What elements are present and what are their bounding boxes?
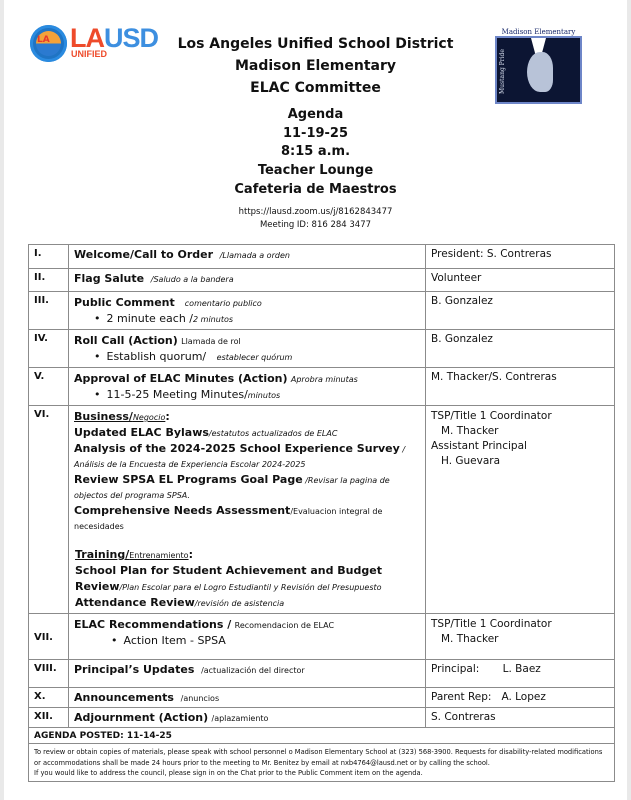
committee-name: ELAC Committee <box>4 77 627 99</box>
item-number: VIII. <box>29 660 69 688</box>
bullet-item: 2 minute each /2 minutos <box>74 311 420 327</box>
item-topic: Public Comment comentario publico 2 minu… <box>69 292 426 330</box>
agenda-title: Agenda <box>4 106 627 125</box>
notice-row: To review or obtain copies of materials,… <box>29 744 615 782</box>
item-topic: ELAC Recommendations / Recomendacion de … <box>69 614 426 660</box>
table-row: III. Public Comment comentario publico 2… <box>29 292 615 330</box>
item-presenter: Parent Rep: A. Lopez <box>426 688 615 708</box>
item-number: II. <box>29 269 69 292</box>
item-number: III. <box>29 292 69 330</box>
table-row: VII. ELAC Recommendations / Recomendacio… <box>29 614 615 660</box>
district-name: Los Angeles Unified School District <box>4 33 627 55</box>
item-presenter: Principal: L. Baez <box>426 660 615 688</box>
item-topic: Principal’s Updates /actualización del d… <box>69 660 426 688</box>
item-topic: Adjournment (Action) /aplazamiento <box>69 708 426 728</box>
item-number: V. <box>29 368 69 406</box>
item-number: VII. <box>29 614 69 660</box>
zoom-link[interactable]: https://lausd.zoom.us/j/8162843477 <box>4 206 627 219</box>
item-number: IV. <box>29 330 69 368</box>
meeting-info: Agenda 11-19-25 8:15 a.m. Teacher Lounge… <box>4 106 627 200</box>
table-row: VI. Business/Negocio: Updated ELAC Bylaw… <box>29 406 615 614</box>
document-header: Los Angeles Unified School District Madi… <box>4 33 627 99</box>
meeting-location: Teacher Lounge <box>4 162 627 181</box>
zoom-info: https://lausd.zoom.us/j/8162843477 Meeti… <box>4 206 627 232</box>
table-row: II. Flag Salute /Saludo a la bandera Vol… <box>29 269 615 292</box>
item-presenter: B. Gonzalez <box>426 292 615 330</box>
notice-text: To review or obtain copies of materials,… <box>29 744 615 782</box>
agenda-posted-row: AGENDA POSTED: 11-14-25 <box>29 728 615 744</box>
item-topic: Roll Call (Action) Llamada de rol Establ… <box>69 330 426 368</box>
bullet-item: Establish quorum/ establecer quórum <box>74 349 420 365</box>
meeting-location-es: Cafeteria de Maestros <box>4 181 627 200</box>
item-presenter: Volunteer <box>426 269 615 292</box>
table-row: I. Welcome/Call to Order /Llamada a orde… <box>29 245 615 269</box>
item-number: X. <box>29 688 69 708</box>
table-row: V. Approval of ELAC Minutes (Action) Apr… <box>29 368 615 406</box>
table-row: IV. Roll Call (Action) Llamada de rol Es… <box>29 330 615 368</box>
item-presenter: M. Thacker/S. Contreras <box>426 368 615 406</box>
item-topic: Announcements /anuncios <box>69 688 426 708</box>
bullet-item: 11-5-25 Meeting Minutes/minutos <box>74 387 420 403</box>
item-number: XII. <box>29 708 69 728</box>
item-presenter: President: S. Contreras <box>426 245 615 269</box>
meeting-id: Meeting ID: 816 284 3477 <box>4 219 627 232</box>
meeting-time: 8:15 a.m. <box>4 143 627 162</box>
school-name: Madison Elementary <box>4 55 627 77</box>
item-presenter: TSP/Title 1 Coordinator M. Thacker <box>426 614 615 660</box>
agenda-page: LA LAUSD UNIFIED Madison Elementary Must… <box>4 0 627 800</box>
item-number: VI. <box>29 406 69 614</box>
agenda-table: I. Welcome/Call to Order /Llamada a orde… <box>28 244 615 782</box>
table-row: X. Announcements /anuncios Parent Rep: A… <box>29 688 615 708</box>
item-presenter: S. Contreras <box>426 708 615 728</box>
table-row: XII. Adjournment (Action) /aplazamiento … <box>29 708 615 728</box>
agenda-posted: AGENDA POSTED: 11-14-25 <box>29 728 615 744</box>
item-topic: Approval of ELAC Minutes (Action) Aprobr… <box>69 368 426 406</box>
item-presenter: B. Gonzalez <box>426 330 615 368</box>
meeting-date: 11-19-25 <box>4 125 627 144</box>
item-topic: Welcome/Call to Order /Llamada a orden <box>69 245 426 269</box>
item-topic: Flag Salute /Saludo a la bandera <box>69 269 426 292</box>
item-number: I. <box>29 245 69 269</box>
item-topic: Business/Negocio: Updated ELAC Bylaws/es… <box>69 406 426 614</box>
item-presenter: TSP/Title 1 Coordinator M. Thacker Assis… <box>426 406 615 614</box>
table-row: VIII. Principal’s Updates /actualización… <box>29 660 615 688</box>
bullet-item: Action Item - SPSA <box>74 633 420 648</box>
